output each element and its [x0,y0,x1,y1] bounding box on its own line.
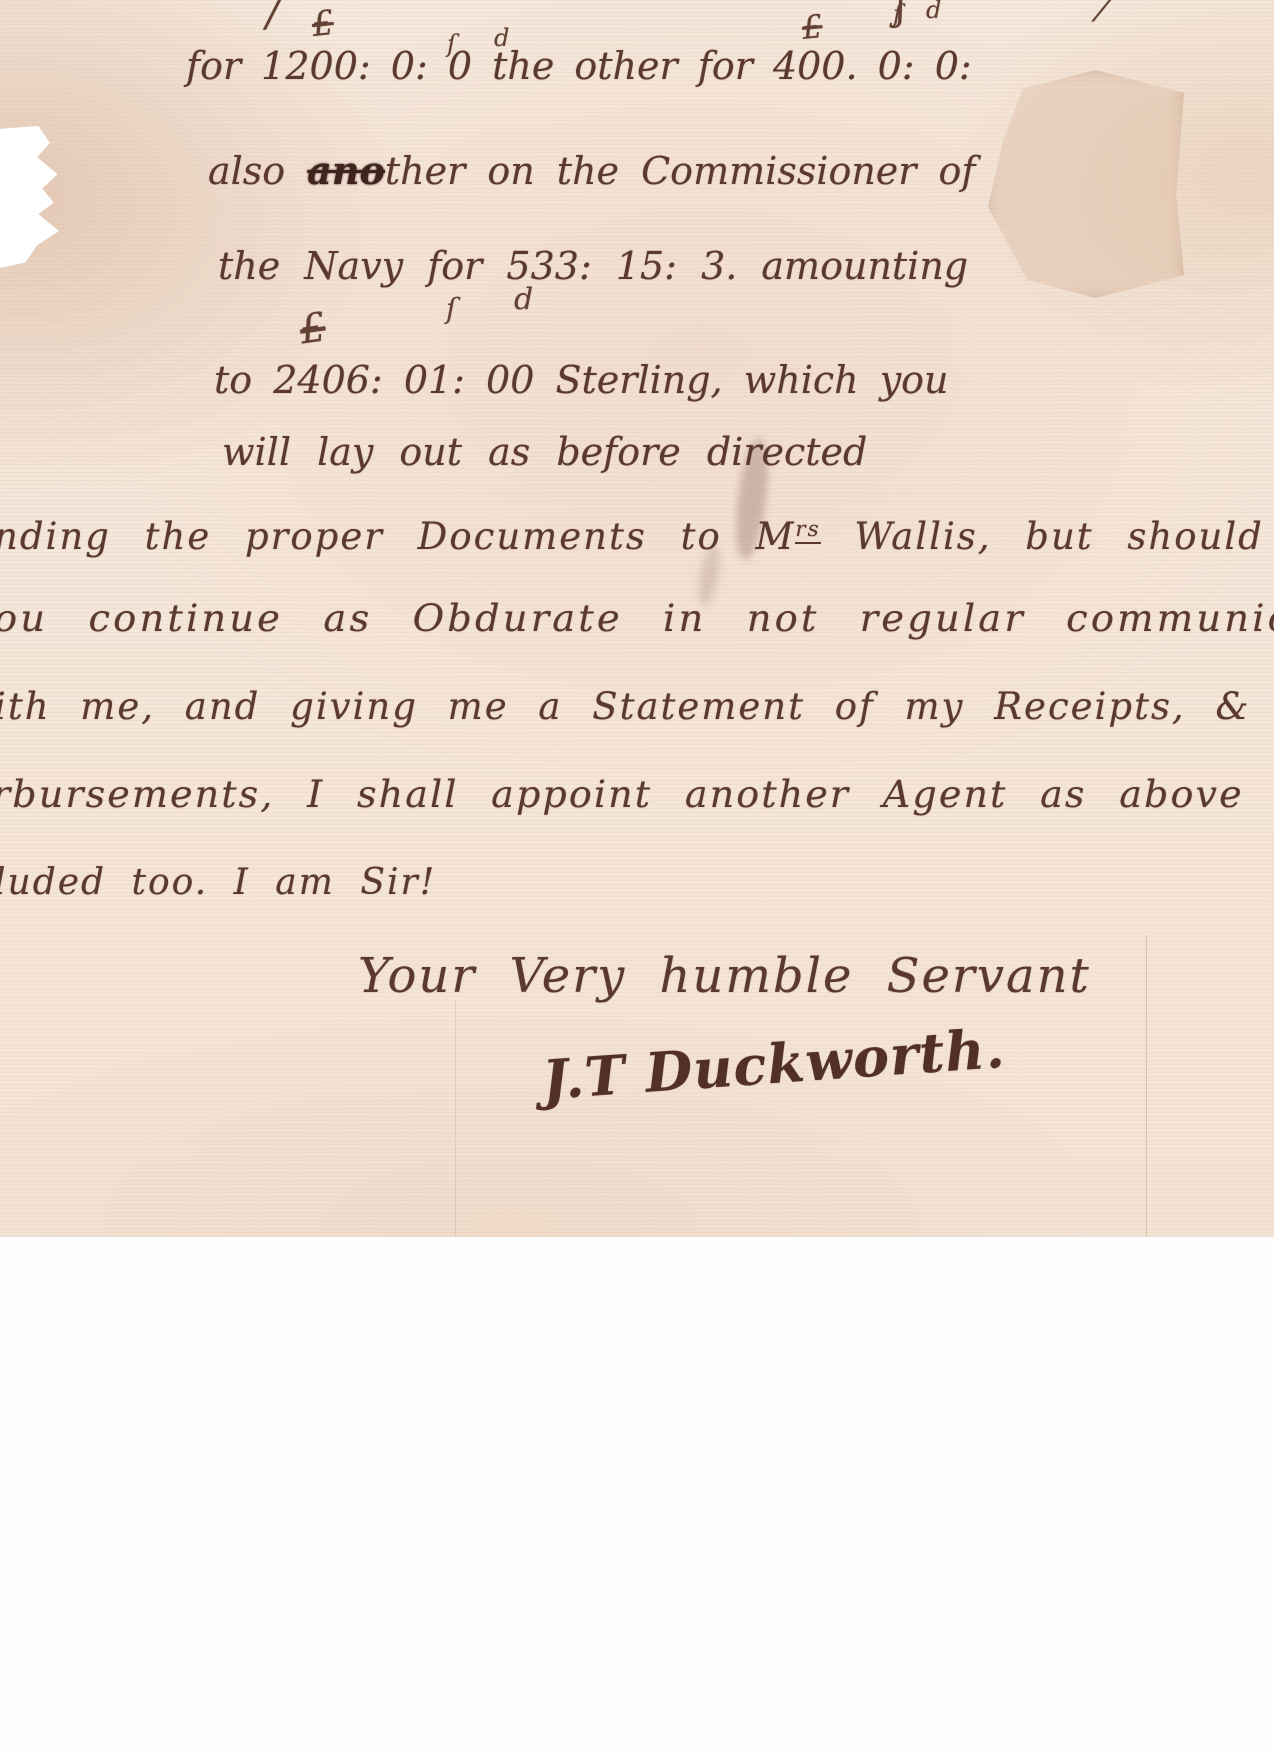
line-segment: ther on the Commissioner of [385,149,976,193]
scanned-letter: ∕ ʃ ⁄ £ ſ d £ ſ d £ ſ d for 1200: 0: 0 t… [0,0,1274,1755]
signature: J.T Duckworth. [540,1016,1007,1112]
shilling-mark-2406: ſ [446,292,456,325]
pound-mark-1200: £ [310,3,336,45]
letter-line-statement: ith me, and giving me a Statement of my … [0,685,1250,728]
stray-stroke: ∕ [266,0,279,36]
letter-line-navy: the Navy for 533: 15: 3. amounting [218,244,968,288]
paper-crease [455,1000,456,1237]
letter-line-amounts: for 1200: 0: 0 the other for 400. 0: 0: [186,44,972,88]
paper-tear [0,126,64,268]
letter-line-obdurate: ou continue as Obdurate in not regular c… [0,597,1274,640]
line-segment: nding the proper Documents to M [0,515,795,558]
pound-mark-2406: £ [297,304,329,353]
letter-line-sterling: to 2406: 01: 00 Sterling, which you [214,358,949,402]
letter-line-wallis: nding the proper Documents to Mrs Wallis… [0,515,1264,558]
pence-mark-400: d [926,0,941,24]
paper-crease [1146,935,1147,1237]
pound-mark-400: £ [800,7,824,47]
blotted-word: ano [307,148,385,193]
stray-stroke: ⁄ [1100,0,1106,30]
letter-line-disbursements: rbursements, I shall appoint another Age… [0,773,1244,816]
scanner-background [0,1237,1274,1755]
letter-closing: Your Very humble Servant [358,948,1091,1004]
letter-line-i-am-sir: luded too. I am Sir! [0,862,436,903]
superscript-abbreviation: rs [795,517,820,544]
line-segment: Wallis, but should [821,515,1264,558]
letter-page: ∕ ʃ ⁄ £ ſ d £ ſ d £ ſ d for 1200: 0: 0 t… [0,0,1274,1237]
letter-line-commissioner: also another on the Commissioner of [208,148,975,193]
paper-repair-patch [988,70,1184,298]
shilling-mark-400: ſ [893,0,902,28]
letter-line-directed: will lay out as before directed [222,430,867,474]
line-segment: also [208,149,307,193]
